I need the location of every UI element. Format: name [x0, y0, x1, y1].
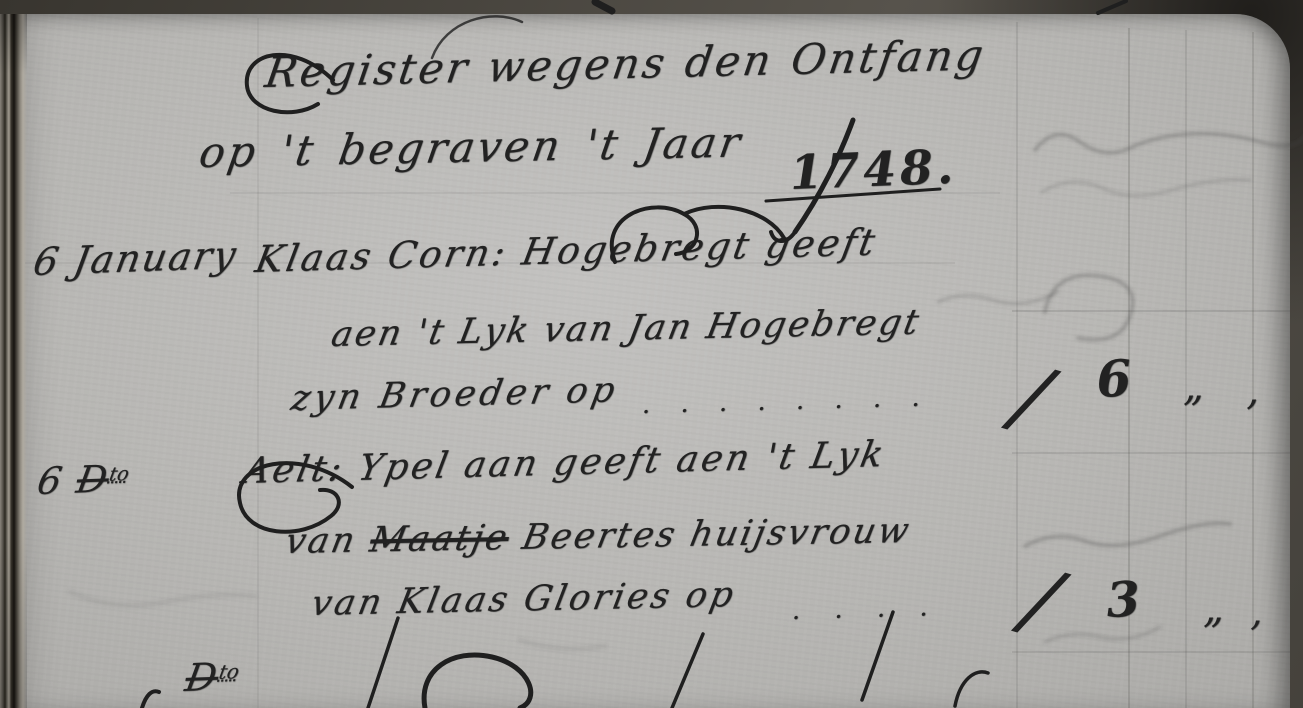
- ledger-row-rule: [1012, 452, 1290, 454]
- entry-2-amount-guilders: 3: [1105, 571, 1141, 629]
- entry-2-struck-word: Maatje: [367, 518, 513, 561]
- entry-2-dot-leader: . . . .: [791, 592, 941, 626]
- entry-2-date: 6 Dto: [34, 457, 132, 503]
- entry-3-ditto-superscript: to: [217, 660, 241, 684]
- ledger-row-rule: [1012, 651, 1290, 653]
- scanned-register-canvas: Register wegens den Ontfang op 't begrav…: [0, 0, 1303, 708]
- entry-2-ditto-letter: D: [73, 457, 112, 501]
- book-binding-edge: [0, 14, 27, 708]
- entry-2-line-2-suffix: Beertes huijsvrouw: [519, 511, 915, 558]
- ledger-row-rule: [1012, 310, 1290, 312]
- entry-1-stuiver-mark: „: [1183, 364, 1204, 410]
- entry-2-penning-mark: ‚: [1250, 590, 1262, 634]
- entry-1-amount-guilders: 6: [1095, 348, 1133, 409]
- top-edge-ink-mark: [1098, 1, 1126, 13]
- entry-3-date-cut-off: Dto: [182, 654, 242, 700]
- entry-2-line-2-prefix: van: [282, 521, 360, 562]
- entry-1-date: 6 January: [30, 233, 241, 284]
- margin-crease-rule: [257, 18, 259, 708]
- amount-column-rule: [1016, 22, 1018, 708]
- entry-2-stuiver-mark: „: [1203, 586, 1224, 632]
- entry-1-penning-mark: ‚: [1246, 368, 1259, 414]
- top-edge-ink-mark: [595, 2, 612, 11]
- entry-3-ditto-letter: D: [182, 655, 222, 700]
- title-year: 1748.: [789, 140, 958, 201]
